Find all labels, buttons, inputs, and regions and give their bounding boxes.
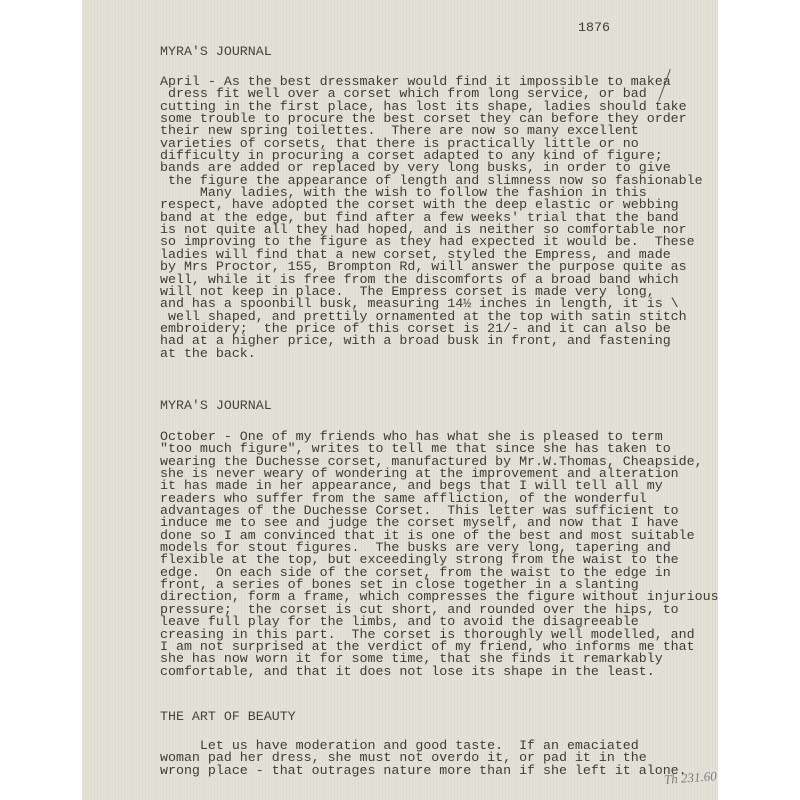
page-content: 1876 MYRA'S JOURNAL April - As the best …: [0, 0, 718, 800]
section-heading-3: THE ART OF BEAUTY: [160, 709, 296, 724]
page-number: 1876: [578, 20, 610, 35]
section-body-art-of-beauty: Let us have moderation and good taste. I…: [160, 740, 687, 777]
section-heading-1: MYRA'S JOURNAL: [160, 44, 272, 59]
section-heading-2: MYRA'S JOURNAL: [160, 398, 272, 413]
text-line: wrong place - that outrages nature more …: [160, 765, 687, 777]
text-line: comfortable, and that it does not lose i…: [160, 666, 718, 678]
section-body-april: April - As the best dressmaker would fin…: [160, 76, 703, 360]
section-body-october: October - One of my friends who has what…: [160, 431, 718, 678]
text-line: at the back.: [160, 348, 703, 360]
